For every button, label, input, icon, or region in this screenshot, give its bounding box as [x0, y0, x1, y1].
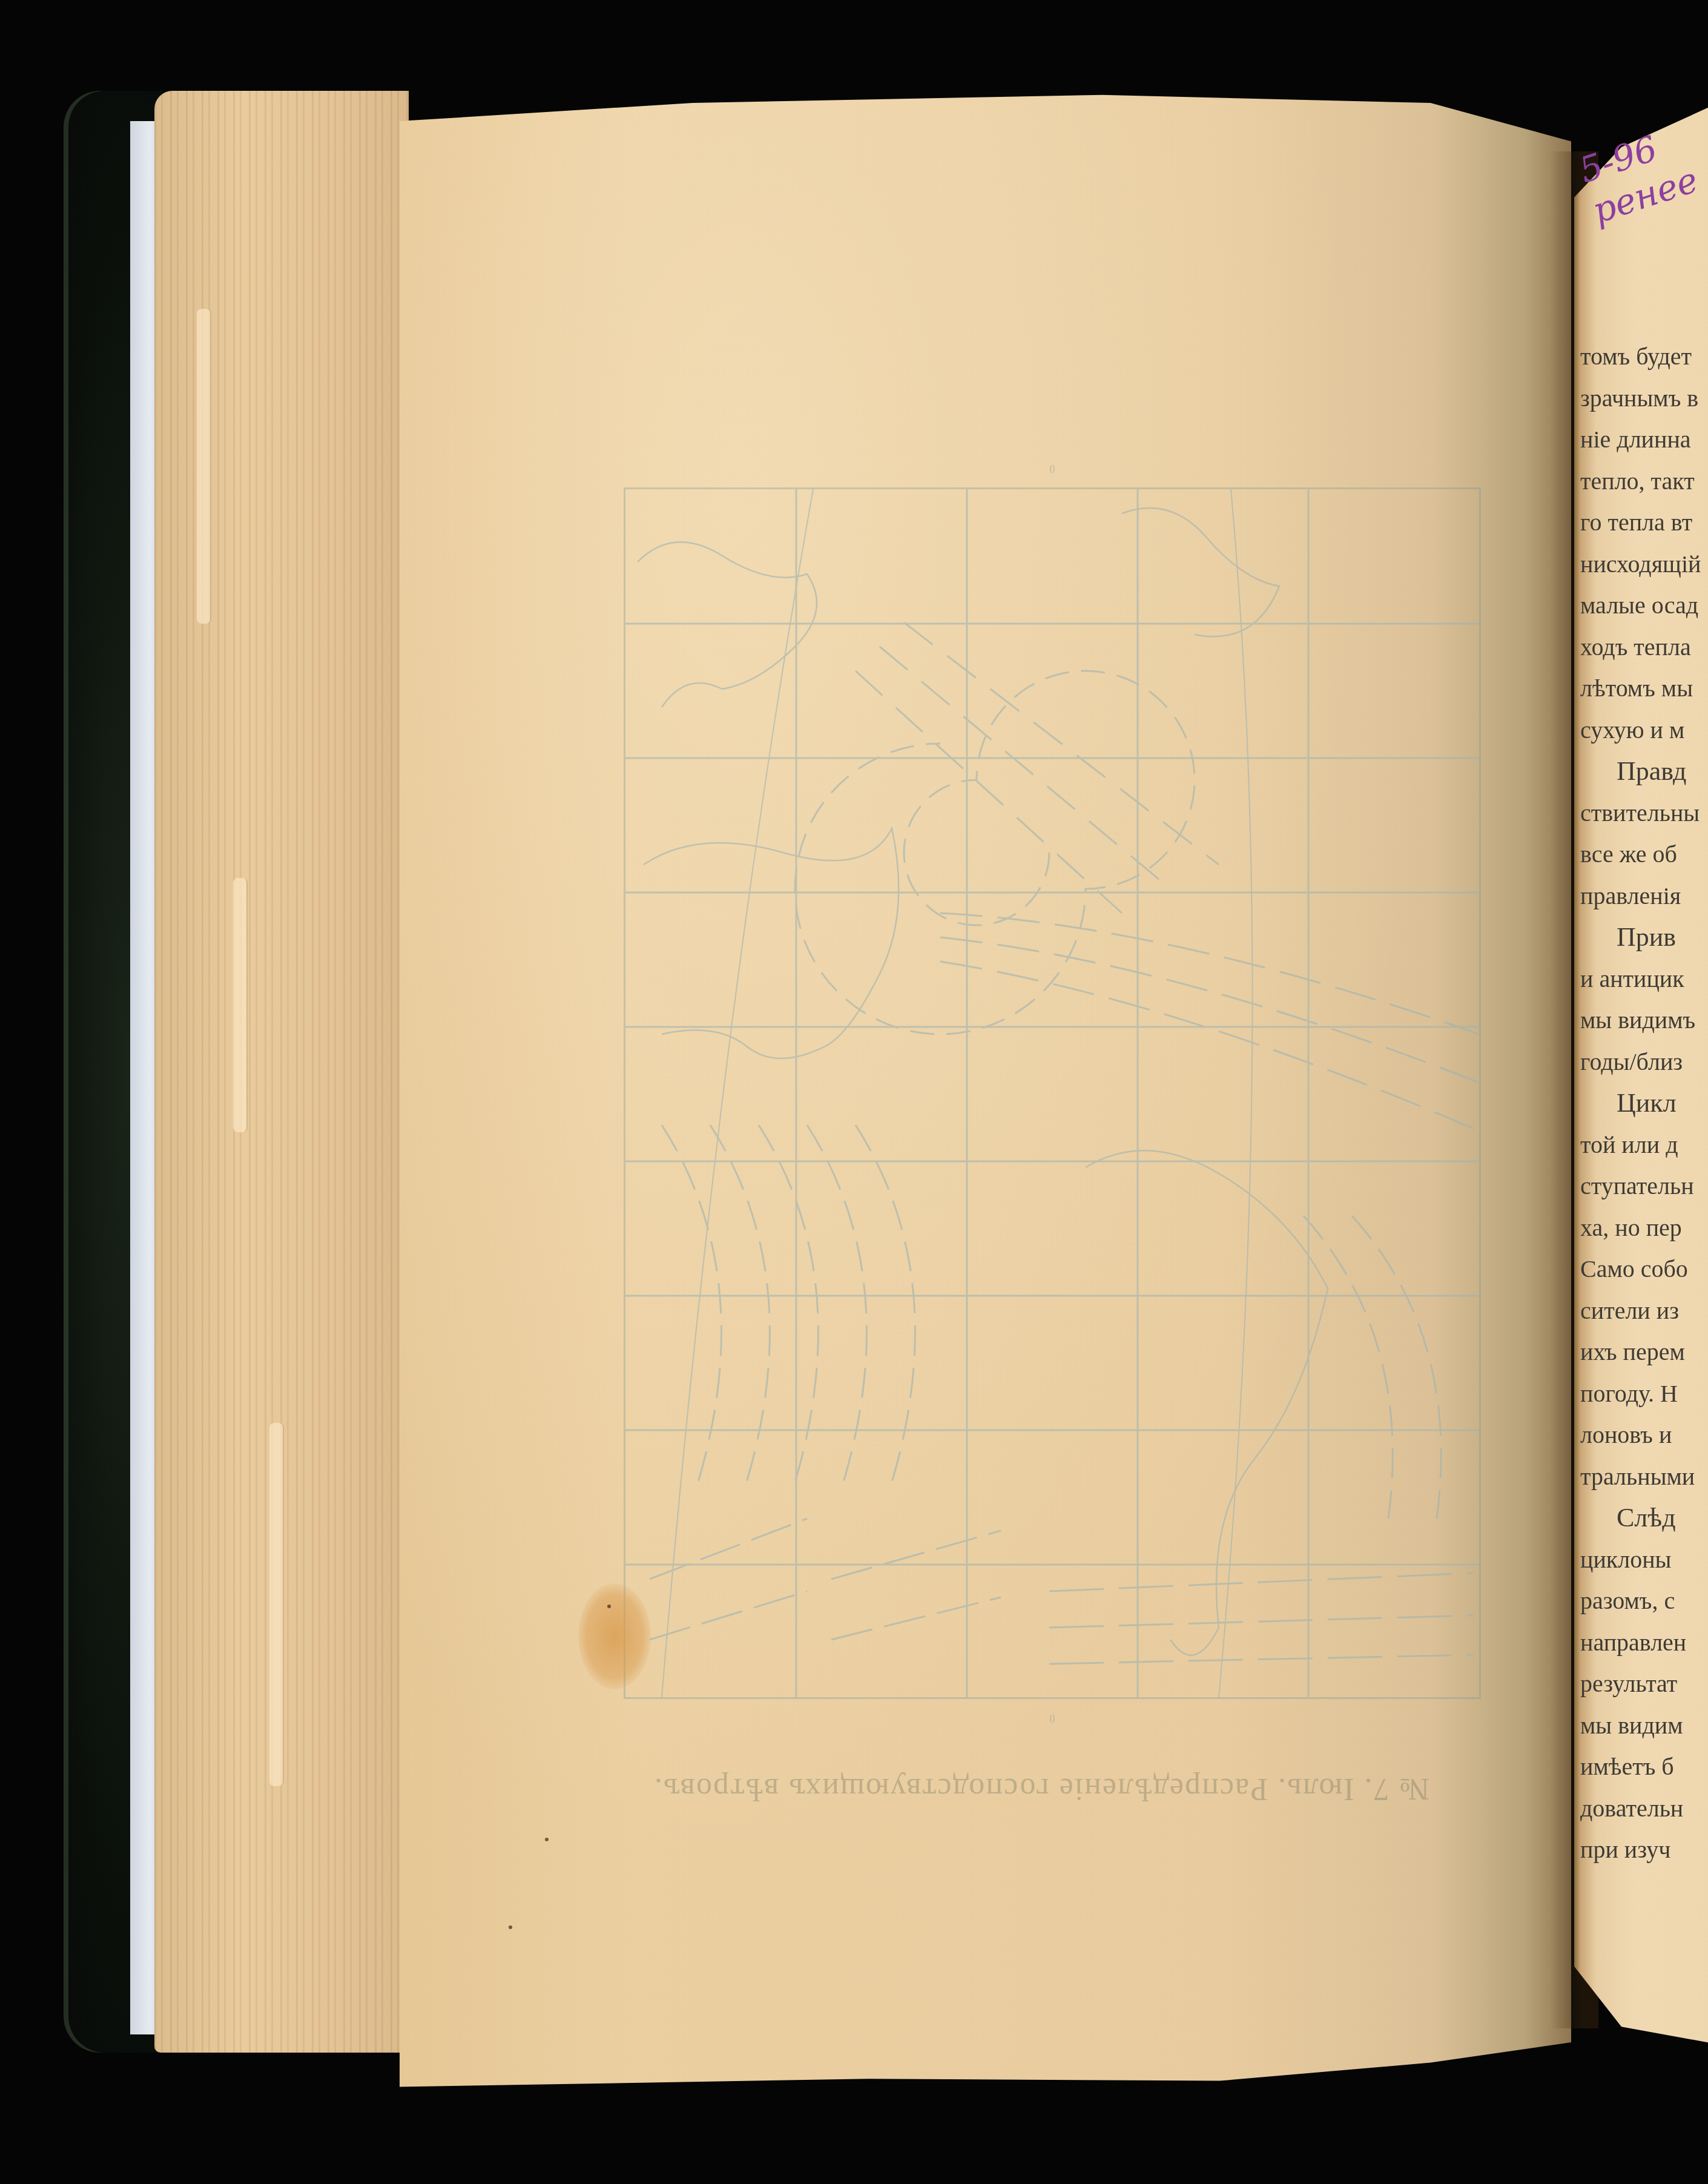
text-line: направлен [1580, 1622, 1708, 1664]
paragraph-start-line: Слѣд [1580, 1497, 1708, 1539]
text-line: го тепла вт [1580, 502, 1708, 544]
text-line: результат [1580, 1663, 1708, 1705]
text-line: ходъ тепла [1580, 627, 1708, 668]
text-line: ха, но пер [1580, 1207, 1708, 1249]
text-line: нисходящій [1580, 544, 1708, 586]
text-line: ствительны [1580, 793, 1708, 834]
map-graticule-and-winds [625, 489, 1479, 1697]
map-longitude-labels-bottom: 0 [625, 1712, 1479, 1724]
text-line: той или д [1580, 1124, 1708, 1166]
text-line: мы видим [1580, 1705, 1708, 1747]
text-line: все же об [1580, 834, 1708, 876]
text-line: и антицик [1580, 958, 1708, 1000]
text-line: довательн [1580, 1788, 1708, 1830]
text-line: погоду. Н [1580, 1373, 1708, 1415]
text-line: тральными [1580, 1456, 1708, 1498]
torn-page-edge [197, 309, 211, 624]
text-line: сители из [1580, 1290, 1708, 1332]
text-line: при изуч [1580, 1829, 1708, 1871]
water-stain [578, 1583, 651, 1689]
text-line: малые осад [1580, 585, 1708, 627]
text-line: ступательн [1580, 1166, 1708, 1207]
text-line: мы видимъ [1580, 1000, 1708, 1041]
text-line: сухую и м [1580, 710, 1708, 751]
text-line: имѣетъ б [1580, 1746, 1708, 1788]
text-line: правленія [1580, 876, 1708, 917]
torn-page-edge [269, 1423, 284, 1786]
tick-label: 0 [1050, 462, 1055, 475]
text-line: лоновъ и [1580, 1414, 1708, 1456]
paragraph-start-line: Цикл [1580, 1083, 1708, 1124]
map-longitude-labels-top: 0 [625, 462, 1479, 475]
wind-map: 0 [624, 487, 1481, 1699]
paragraph-start-line: Прив [1580, 917, 1708, 958]
text-line: тепло, такт [1580, 461, 1708, 503]
text-line: годы/близ [1580, 1041, 1708, 1083]
text-line: циклоны [1580, 1539, 1708, 1581]
paper-speck [545, 1838, 549, 1841]
text-line: зрачнымъ в [1580, 378, 1708, 420]
tick-label: 0 [1050, 1712, 1055, 1724]
text-line: томъ будет [1580, 336, 1708, 378]
text-line: ніе длинна [1580, 419, 1708, 461]
text-line: Само собо [1580, 1249, 1708, 1290]
page-stack-fore-edge [154, 91, 409, 2053]
text-line: разомъ, с [1580, 1580, 1708, 1622]
text-line: лѣтомъ мы [1580, 668, 1708, 710]
torn-page-edge [233, 878, 248, 1132]
map-caption: № 7. Іюль. Распредѣленіе господствующихъ… [593, 1771, 1489, 1807]
photo-background: 0 [0, 0, 1708, 2184]
paper-speck [607, 1605, 611, 1608]
paragraph-start-line: Правд [1580, 751, 1708, 793]
text-line: ихъ перем [1580, 1331, 1708, 1373]
right-page-text: томъ будет зрачнымъ в ніе длинна тепло, … [1580, 336, 1708, 1871]
paper-speck [509, 1925, 512, 1929]
